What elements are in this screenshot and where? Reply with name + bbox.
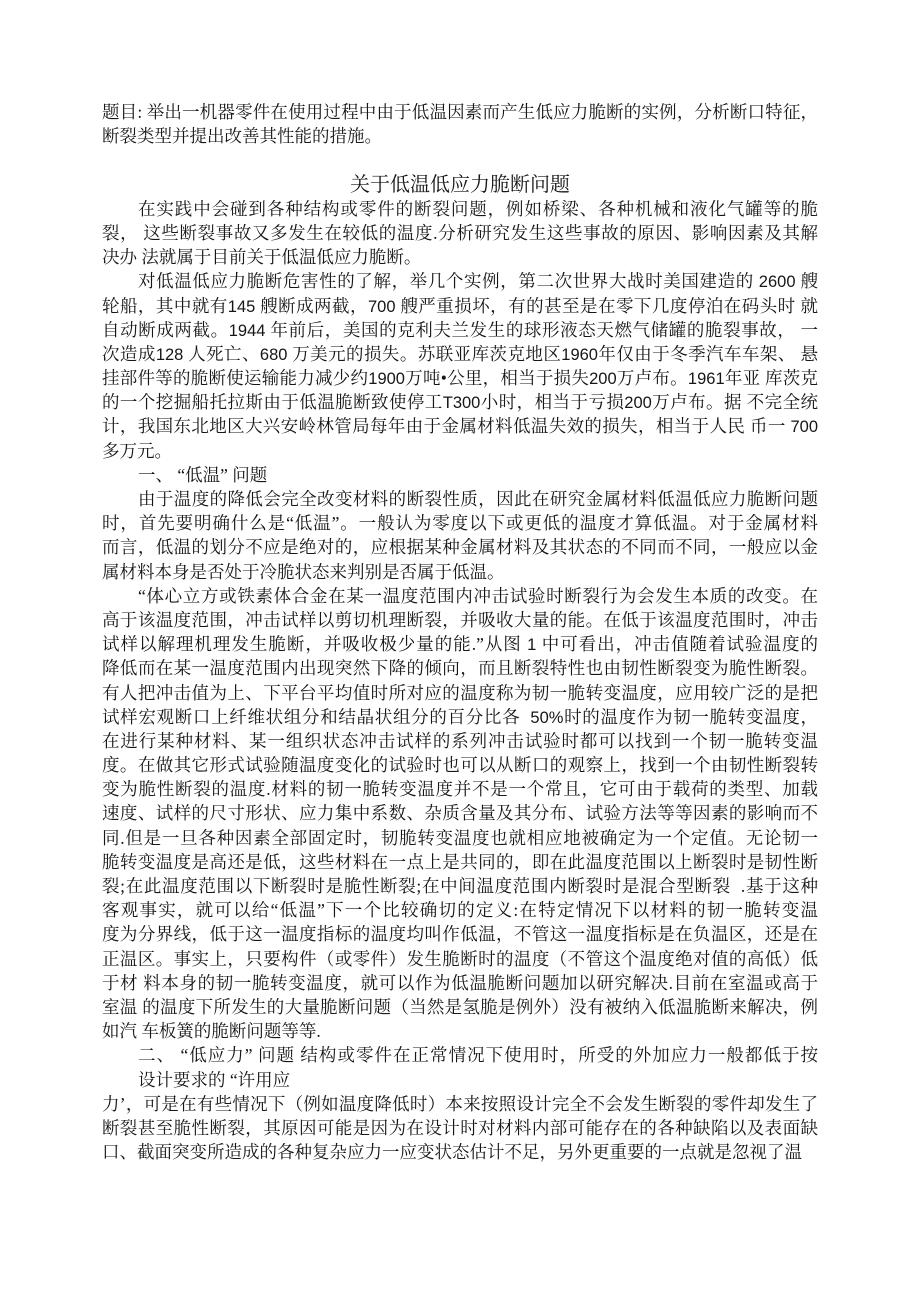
text-line: 变为脆性断裂的温度.材料的韧一脆转变温度并不是一个常且，它可由于载荷的类型、加载 xyxy=(102,777,818,801)
latin-number-text: 1960 xyxy=(561,346,598,364)
latin-number-text: 1961 xyxy=(688,370,725,388)
text-line: 力’，可是在有些情况下（例如温度降低时）本来按照设计完全不会发生断裂的零件却发生… xyxy=(102,1092,818,1116)
text-line: 题目: 举出一机器零件在使用过程中由于低温因素而产生低应力脆断的实例，分析断口特… xyxy=(102,100,818,124)
latin-number-text: 128 xyxy=(156,346,184,364)
text-line: 时，首先要明确什么是“低温”。一般认为零度以下或更低的温度才算低温。对于金属材料 xyxy=(102,511,818,535)
text-line: 决办 法就属于目前关于低温低应力脆断。 xyxy=(102,245,818,269)
text-line: 计，我国东北地区大兴安岭林管局每年由于金属材料低温失效的损失，相当于人民 币一 … xyxy=(102,414,818,438)
text-line: 口、截面突变所造成的各种复杂应力一应变状态估计不足，另外更重要的一点就是忽视了温 xyxy=(102,1140,818,1164)
text-line: 自动断成两截。1944 年前后，美国的克利夫兰发生的球形液态天燃气储罐的脆裂事故… xyxy=(102,318,818,342)
text-line: 在实践中会碰到各种结构或零件的断裂问题，例如桥梁、各种机械和液化气罐等的脆 xyxy=(102,197,818,221)
text-line: 高于该温度范围，冲击试样以剪切机理断裂，并吸收大量的能。在低于该温度范围时，冲击 xyxy=(102,608,818,632)
text-line: 在进行某种材料、某一组织状态冲击试样的系列冲击试验时都可以找到一个韧一脆转变温 xyxy=(102,729,818,753)
text-line: 试样以解理机理发生脆断，并吸收极少量的能.”从图 1 中可看出，冲击值随着试验温… xyxy=(102,632,818,656)
latin-number-text: 680 xyxy=(260,346,288,364)
text-line: “体心立方或铁素体合金在某一温度范围内冲击试验时断裂行为会发生本质的改变。在 xyxy=(102,584,818,608)
latin-number-text: T300 xyxy=(443,394,481,412)
text-line: 脆转变温度是高还是低，这些材料在一点上是共同的，即在此温度范围以上断裂时是韧性断 xyxy=(102,850,818,874)
text-line: 设计要求的 “许用应 xyxy=(102,1068,818,1092)
text-line: 正温区。事实上，只要构件（或零件）发生脆断时的温度（不管这个温度绝对值的高低）低 xyxy=(102,947,818,971)
text-line: 有人把冲击值为上、下平台平均值时所对应的温度称为韧一脆转变温度，应用较广泛的是把 xyxy=(102,681,818,705)
latin-number-text: 200 xyxy=(589,370,617,388)
text-line: 降低而在某一温度范围内出现突然下降的倾向，而且断裂特性也由韧性断裂变为脆性断裂。 xyxy=(102,656,818,680)
text-line: 二、 “低应力” 问题 结构或零件在正常情况下使用时，所受的外加应力一般都低于按 xyxy=(102,1043,818,1067)
blank-line xyxy=(102,148,818,172)
latin-number-text: 1900 xyxy=(368,370,405,388)
latin-number-text: 145 xyxy=(228,298,256,316)
text-line: 如汽 车板簧的脆断问题等等. xyxy=(102,1019,818,1043)
latin-number-text: 1 xyxy=(527,636,536,654)
latin-number-text: 2600 xyxy=(759,273,796,291)
text-line: 而言，低温的划分不应是绝对的，应根据某种金属材料及其状态的不同而不同，一般应以金 xyxy=(102,535,818,559)
text-line: 速度、试样的尺寸形状、应力集中系数、杂质含量及其分布、试验方法等等因素的影响而不 xyxy=(102,801,818,825)
text-line: 由于温度的降低会完全改变材料的断裂性质，因此在研究金属材料低温低应力脆断问题 xyxy=(102,487,818,511)
document-body: 题目: 举出一机器零件在使用过程中由于低温因素而产生低应力脆断的实例，分析断口特… xyxy=(102,100,818,1164)
text-line: 度为分界线，低于这一温度指标的温度均叫作低温，不管这一温度指标是在负温区，还是在 xyxy=(102,922,818,946)
text-line: 一、 “低温” 问题 xyxy=(102,463,818,487)
text-line: 挂部件等的脆断使运输能力减少约1900万吨•公里，相当于损失200万卢布。196… xyxy=(102,366,818,390)
text-line: 客观事实，就可以给“低温”下一个比较确切的定义:在特定情况下以材料的韧一脆转变温 xyxy=(102,898,818,922)
text-line: 次造成128 人死亡、680 万美元的损失。苏联亚库茨克地区1960年仅由于冬季… xyxy=(102,342,818,366)
latin-number-text: 700 xyxy=(368,298,396,316)
text-line: 裂;在此温度范围以下断裂时是脆性断裂;在中间温度范围内断裂时是混合型断裂 .基于… xyxy=(102,874,818,898)
document-title: 关于低温低应力脆断问题 xyxy=(102,173,818,197)
text-line: 对低温低应力脆断危害性的了解，举几个实例，第二次世界大战时美国建造的 2600 … xyxy=(102,269,818,293)
latin-number-text: 1944 xyxy=(229,322,266,340)
text-line: 断裂类型并提出改善其性能的措施。 xyxy=(102,124,818,148)
document-page: 题目: 举出一机器零件在使用过程中由于低温因素而产生低应力脆断的实例，分析断口特… xyxy=(0,0,920,1302)
latin-number-text: 700 xyxy=(790,418,818,436)
text-line: 的一个挖掘船托拉斯由于低温脆断致使停工T300小时，相当于亏损200万卢布。据 … xyxy=(102,390,818,414)
text-line: 室温 的温度下所发生的大量脆断问题（当然是氢脆是例外）没有被纳入低温脆断来解决，… xyxy=(102,995,818,1019)
text-line: 同.但是一旦各种因素全部固定时，韧脆转变温度也就相应地被确定为一个定值。无论韧一 xyxy=(102,826,818,850)
latin-number-text: 200 xyxy=(624,394,652,412)
text-line: 属材料本身是否处于冷脆状态来判别是否属于低温。 xyxy=(102,560,818,584)
text-line: 度。在做其它形式试验随温度变化的试验时也可以从断口的观察上，找到一个由韧性断裂转 xyxy=(102,753,818,777)
text-line: 轮船，其中就有145 艘断成两截，700 艘严重损坏，有的甚至是在零下几度停泊在… xyxy=(102,294,818,318)
text-line: 试样宏观断口上纤维状组分和结晶状组分的百分比各 50%时的温度作为韧一脆转变温度… xyxy=(102,705,818,729)
text-line: 断裂甚至脆性断裂，其原因可能是因为在设计时对材料内部可能存在的各种缺陷以及表面缺 xyxy=(102,1116,818,1140)
text-line: 裂， 这些断裂事故又多发生在较低的温度.分析研究发生这些事故的原因、影响因素及其… xyxy=(102,221,818,245)
text-line: 多万元。 xyxy=(102,439,818,463)
latin-number-text: 50% xyxy=(530,709,563,727)
text-line: 于材 料本身的韧一脆转变温度，就可以作为低温脆断问题加以研究解决.目前在室温或高… xyxy=(102,971,818,995)
